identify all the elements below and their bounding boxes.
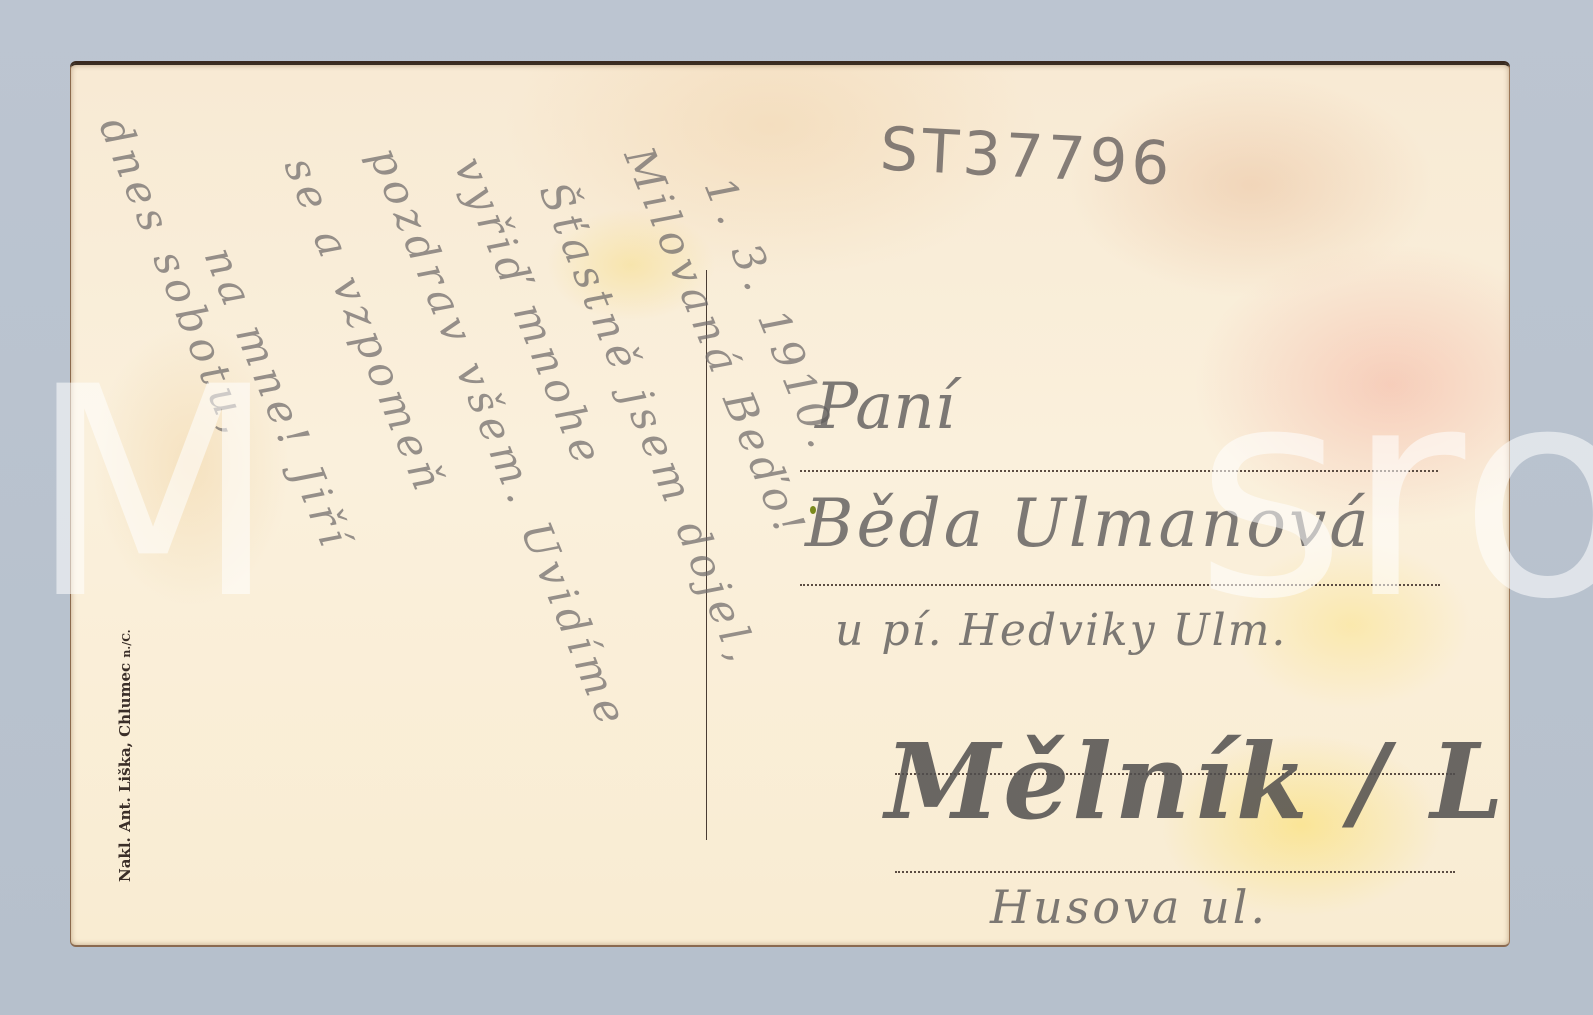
watermark-right: sro: [1195, 350, 1593, 640]
publisher-imprint: Nakl. Ant. Liška, Chlumec n./C.: [116, 629, 134, 882]
address-street: Husova ul.: [990, 880, 1268, 934]
watermark-left: M: [28, 350, 278, 640]
address-salutation: Paní: [815, 370, 955, 444]
address-city: Mělník / L: [885, 720, 1507, 843]
address-line-4: [895, 871, 1455, 873]
publisher-name: Nakl. Ant. Liška, Chlumec: [116, 663, 134, 882]
